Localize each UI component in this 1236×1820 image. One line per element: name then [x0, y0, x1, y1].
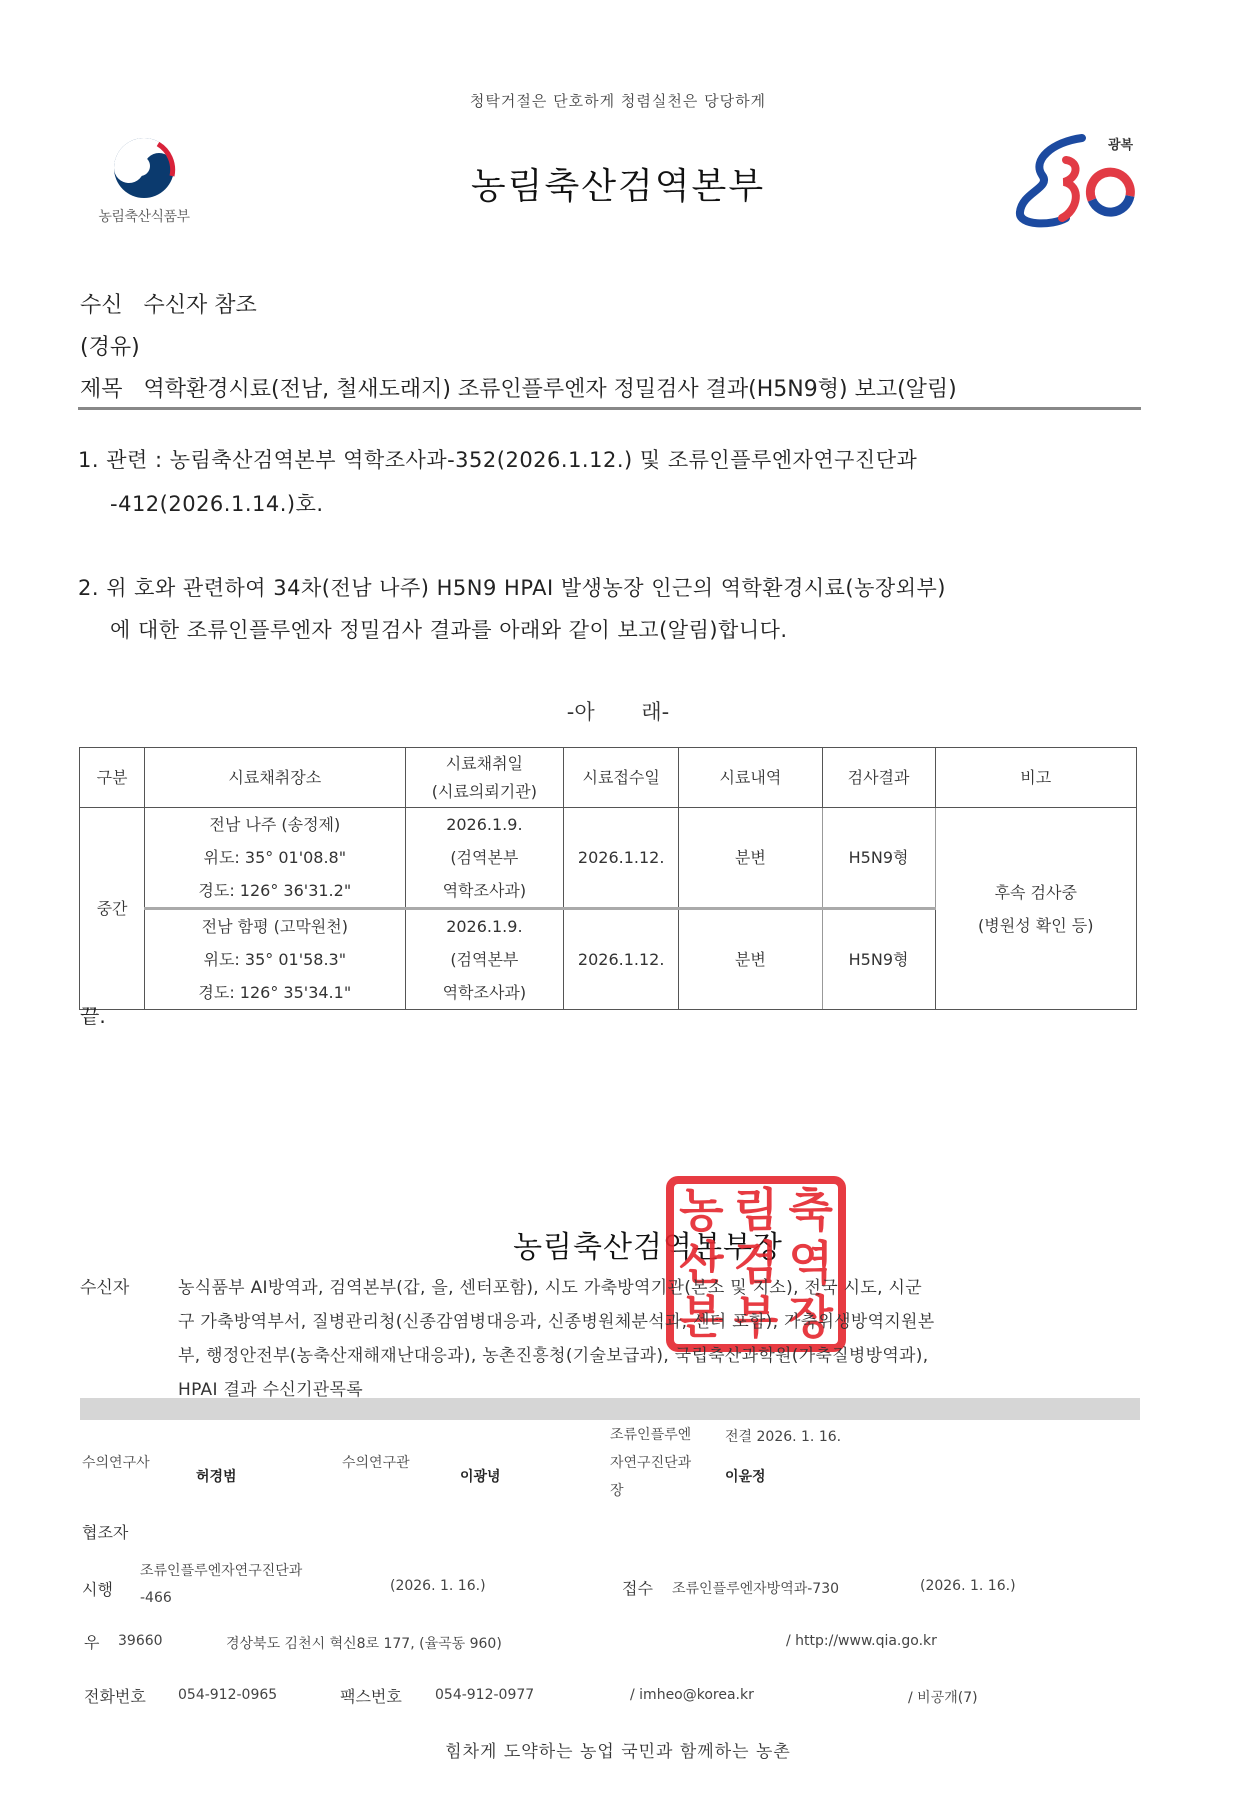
address: 경상북도 김천시 혁신8로 177, (율곡동 960): [226, 1633, 502, 1653]
end-mark: 끝.: [80, 1000, 106, 1029]
recipients-label: 수신자: [80, 1273, 129, 1298]
location-cell: 전남 나주 (송정제) 위도: 35° 01'08.8" 경도: 126° 36…: [145, 808, 405, 909]
recipient-row: 수신 수신자 참조: [80, 288, 257, 319]
recipients-line: HPAI 결과 수신기관목록: [178, 1375, 363, 1400]
receipt-label: 접수: [622, 1576, 653, 1599]
phone-label: 전화번호: [84, 1684, 146, 1707]
result-table: 구분 시료채취장소 시료채취일 (시료의뢰기관) 시료접수일 시료내역 검사결과…: [79, 747, 1137, 1010]
execution-dept: 조류인플루엔자연구진단과: [140, 1560, 302, 1580]
final-approval-date: 전결 2026. 1. 16.: [725, 1426, 841, 1446]
header-result: 검사결과: [822, 748, 935, 808]
sample-date-cell: 2026.1.9. (검역본부 역학조사과): [405, 909, 564, 1010]
table-header-row: 구분 시료채취장소 시료채취일 (시료의뢰기관) 시료접수일 시료내역 검사결과…: [80, 748, 1137, 808]
received-date-cell: 2026.1.12.: [564, 808, 679, 909]
subject-divider: [78, 407, 1141, 410]
via-row: (경유): [80, 330, 140, 361]
fax-label: 팩스번호: [340, 1684, 402, 1707]
receipt-number: 조류인플루엔자방역과-730: [672, 1578, 839, 1598]
receipt-date: (2026. 1. 16.): [920, 1578, 1016, 1594]
section-divider-bar: [80, 1398, 1140, 1420]
header-sample-date: 시료채취일 (시료의뢰기관): [405, 748, 564, 808]
subject-row: 제목 역학환경시료(전남, 철새도래지) 조류인플루엔자 정밀검사 결과(H5N…: [80, 372, 957, 403]
header-sample-type: 시료내역: [679, 748, 822, 808]
paragraph-1-line-2: -412(2026.1.14.)호.: [110, 488, 324, 518]
liberation-80-logo: 광복: [1012, 130, 1142, 230]
result-cell: H5N9형: [822, 909, 935, 1010]
subject-label: 제목: [80, 377, 123, 402]
table-row: 중간 전남 나주 (송정제) 위도: 35° 01'08.8" 경도: 126°…: [80, 808, 1137, 909]
cooperator-label: 협조자: [82, 1520, 128, 1543]
phone-number: 054-912-0965: [178, 1687, 277, 1703]
approver-3-role-line-3: 장: [610, 1480, 624, 1500]
slogan-top: 청탁거절은 단호하게 청렴실천은 당당하게: [0, 90, 1236, 111]
disclosure-status: / 비공개(7): [908, 1687, 978, 1707]
website-link[interactable]: / http://www.qia.go.kr: [786, 1633, 937, 1649]
paragraph-1-line-1: 1. 관련 : 농림축산검역본부 역학조사과-352(2026.1.12.) 및…: [78, 444, 917, 474]
recipients-line: 구 가축방역부서, 질병관리청(신종감염병대응과, 신종병원체분석과, 센터 포…: [178, 1307, 935, 1332]
email-link[interactable]: / imheo@korea.kr: [630, 1687, 754, 1703]
fax-number: 054-912-0977: [435, 1687, 534, 1703]
execution-date: (2026. 1. 16.): [390, 1578, 486, 1594]
execution-label: 시행: [82, 1577, 113, 1600]
received-date-cell: 2026.1.12.: [564, 909, 679, 1010]
recipients-line: 부, 행정안전부(농축산재해재난대응과), 농촌진흥청(기술보급과), 국립축산…: [178, 1341, 928, 1366]
header-received-date: 시료접수일: [564, 748, 679, 808]
remark-cell: 후속 검사중 (병원성 확인 등): [935, 808, 1136, 1010]
approver-2-role: 수의연구관: [342, 1452, 410, 1472]
sample-type-cell: 분변: [679, 909, 822, 1010]
subject-value: 역학환경시료(전남, 철새도래지) 조류인플루엔자 정밀검사 결과(H5N9형)…: [144, 377, 957, 402]
header-location: 시료채취장소: [145, 748, 405, 808]
paragraph-2-line-1: 2. 위 호와 관련하여 34차(전남 나주) H5N9 HPAI 발생농장 인…: [78, 572, 946, 602]
approver-3-name: 이윤정: [725, 1466, 766, 1486]
paragraph-2-line-2: 에 대한 조류인플루엔자 정밀검사 결과를 아래와 같이 보고(알림)합니다.: [110, 614, 788, 644]
header-category: 구분: [80, 748, 145, 808]
liberation-logo-text: 광복: [1108, 134, 1133, 153]
signatory-title: 농림축산검역본부장: [0, 1222, 1236, 1266]
recipients-line: 농식품부 AI방역과, 검역본부(갑, 을, 센터포함), 시도 가축방역기관(…: [178, 1273, 922, 1298]
approver-1-name: 허경범: [196, 1466, 237, 1486]
approver-3-role-line-1: 조류인플루엔: [610, 1424, 691, 1444]
postal-label: 우: [84, 1630, 99, 1653]
result-cell: H5N9형: [822, 808, 935, 909]
approver-2-name: 이광녕: [460, 1466, 501, 1486]
execution-number: -466: [140, 1590, 172, 1606]
recipient-label: 수신: [80, 293, 123, 318]
slogan-bottom: 힘차게 도약하는 농업 국민과 함께하는 농촌: [0, 1737, 1236, 1762]
below-marker: -아 래-: [0, 696, 1236, 726]
location-cell: 전남 함평 (고막원천) 위도: 35° 01'58.3" 경도: 126° 3…: [145, 909, 405, 1010]
header-remark: 비고: [935, 748, 1136, 808]
approver-1-role: 수의연구사: [82, 1452, 150, 1472]
ministry-logo-text: 농림축산식품부: [82, 206, 206, 226]
recipient-value: 수신자 참조: [144, 293, 257, 318]
category-cell: 중간: [80, 808, 145, 1010]
postal-code: 39660: [118, 1633, 163, 1649]
sample-type-cell: 분변: [679, 808, 822, 909]
approver-3-role-line-2: 자연구진단과: [610, 1452, 691, 1472]
sample-date-cell: 2026.1.9. (검역본부 역학조사과): [405, 808, 564, 909]
